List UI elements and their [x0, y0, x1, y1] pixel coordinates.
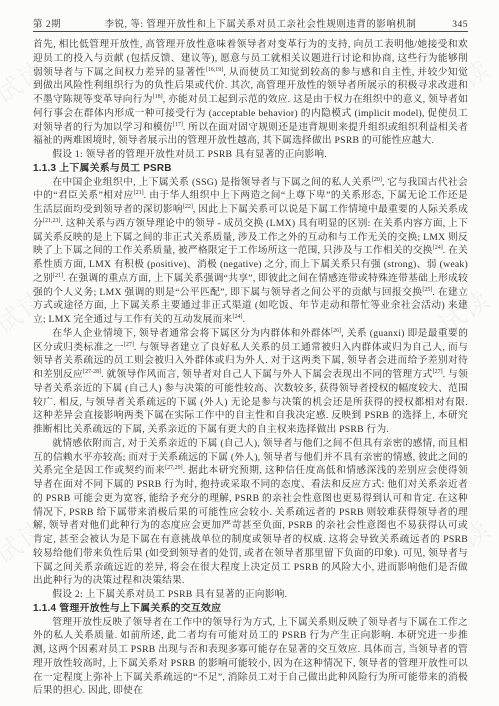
- paragraph: 就情感依附而言, 对于关系亲近的下属 (自己人), 领导者与他们之间不但具有亲密…: [33, 437, 468, 588]
- citation-ref: [16,19]: [206, 66, 224, 72]
- citation-ref: [17]: [173, 121, 183, 127]
- page-number: 345: [418, 20, 468, 30]
- citation-ref: [24]: [433, 245, 443, 251]
- citation-ref: [21]: [53, 273, 63, 279]
- hypothesis-line: 假设 1: 领导者的管理开放性对员工 PSRB 具有显著的正向影响.: [33, 148, 468, 162]
- section-heading: 1.1.3 上下属关系与员工 PSRB: [33, 162, 468, 176]
- citation-ref: [27,29]: [165, 465, 183, 471]
- citation-ref: [27]: [433, 369, 443, 375]
- paragraph: 在华人企业情境下, 领导者通常会将下属区分为内群体和外群体[26], 关系 (g…: [33, 327, 468, 437]
- running-title: 李锐, 等: 管理开放性和上下属关系对员工亲社会性规则违背的影响机制: [103, 16, 418, 30]
- citation-ref: [25]: [422, 286, 432, 292]
- journal-issue: 第 2期: [33, 16, 103, 30]
- article-body: 首先, 相比低管理开放性, 高管理开放性意味着领导者对变革行为的支持, 向员工表…: [33, 38, 468, 698]
- citation-ref: [27-28]: [83, 369, 101, 375]
- citation-ref: [21]: [134, 190, 144, 196]
- paper-page: 试读试读试读试读试读试读试读试读试读 第 2期 李锐, 等: 管理开放性和上下属…: [0, 0, 499, 706]
- citation-ref: [22]: [183, 204, 193, 210]
- paragraph-continued: 首先, 相比低管理开放性, 高管理开放性意味着领导者对变革行为的支持, 向员工表…: [33, 38, 468, 148]
- hypothesis-line: 假设 2: 上下属关系对员工 PSRB 具有显著的正向影响.: [33, 588, 468, 602]
- citation-ref: [21,23]: [43, 218, 61, 224]
- section-heading: 1.1.4 管理开放性与上下属关系的交互效应: [33, 602, 468, 616]
- paragraph: 在中国企业组织中, 上下属关系 (SSG) 是指领导者与下属之间的私人关系[20…: [33, 176, 468, 327]
- paragraph: 管理开放性反映了领导者在工作中的领导行为方式, 上下属关系则反映了领导者与下属在…: [33, 616, 468, 699]
- header-rule: [33, 31, 468, 32]
- citation-ref: [26]: [331, 328, 341, 334]
- citation-ref: [24]: [233, 314, 243, 320]
- citation-ref: [18]: [153, 94, 163, 100]
- page-header: 第 2期 李锐, 等: 管理开放性和上下属关系对员工亲社会性规则违背的影响机制 …: [33, 16, 468, 30]
- citation-ref: [20]: [372, 176, 382, 182]
- citation-ref: [27]: [124, 341, 134, 347]
